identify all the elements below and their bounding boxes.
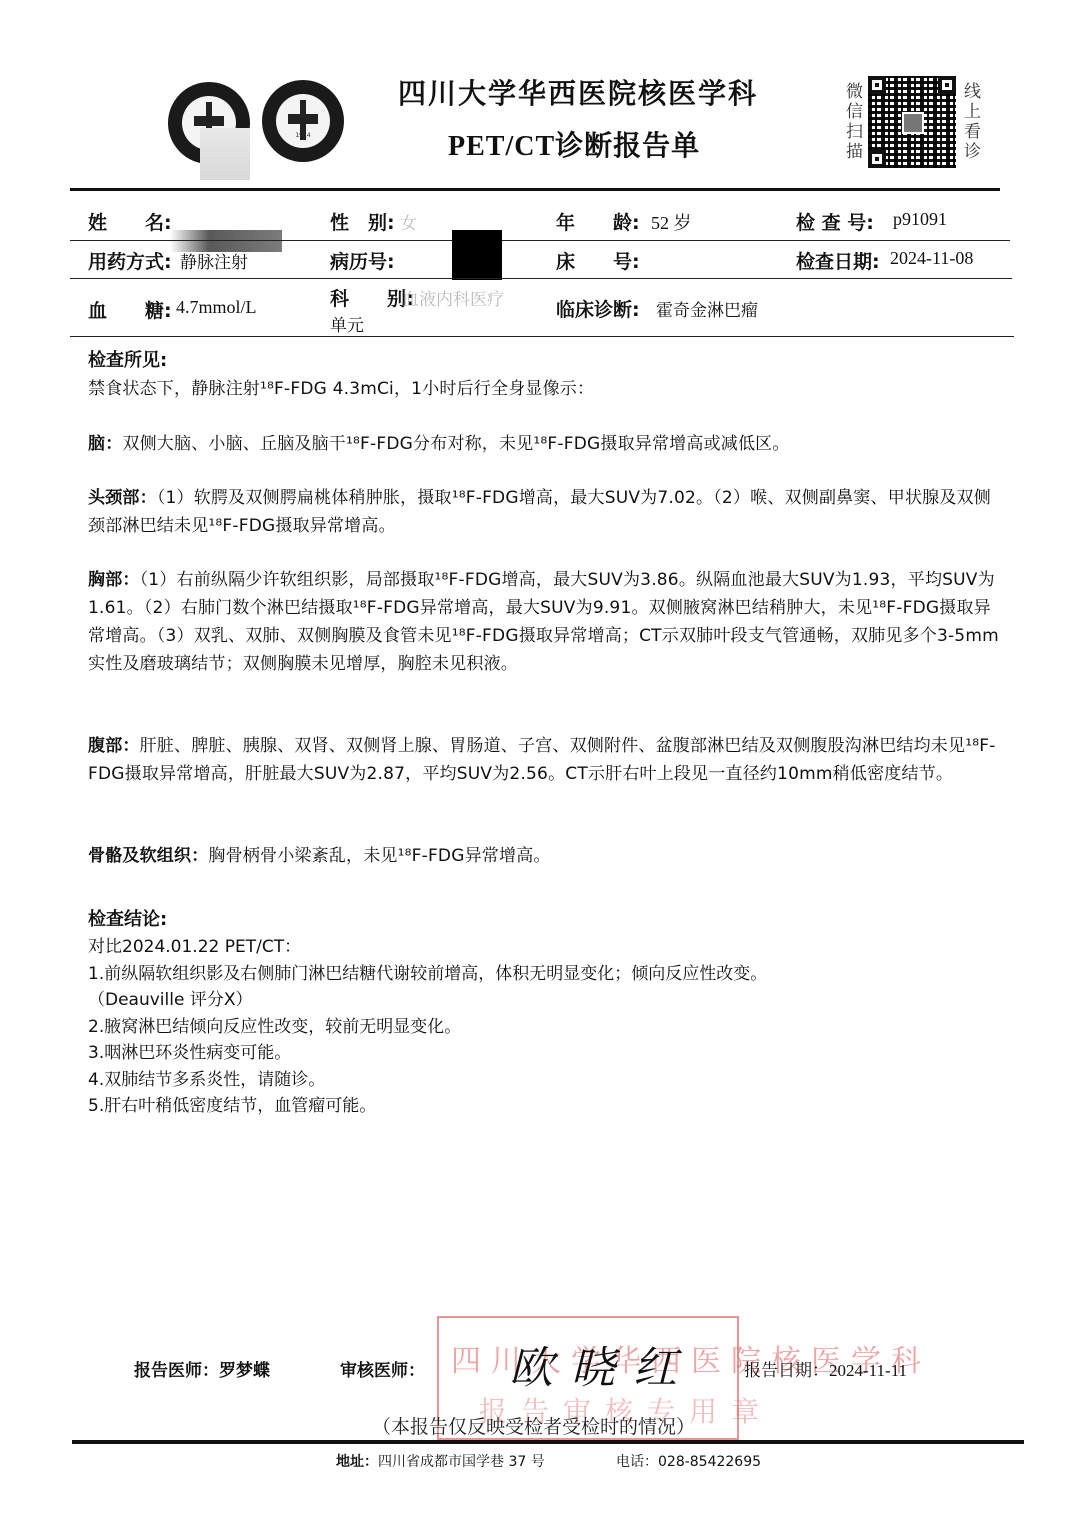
reviewer-handwritten-signature: 欧晓红 <box>509 1332 695 1396</box>
redaction-patch <box>200 128 250 180</box>
bed-label: 床 号: <box>556 247 640 274</box>
name-label: 姓 名: <box>88 208 172 235</box>
report-date-value: 2024-11-11 <box>829 1361 907 1380</box>
glucose-value: 4.7mmol/L <box>176 297 257 318</box>
finding-label: 胸部： <box>88 570 140 590</box>
report-title: PET/CT诊断报告单 <box>448 124 700 164</box>
conclusion-line: 2.腋窝淋巴结倾向反应性改变，较前无明显变化。 <box>88 1014 1008 1041</box>
department-value: 血液内科医疗 <box>402 285 504 310</box>
finding-label: 头颈部： <box>88 488 157 508</box>
age-value: 52 岁 <box>651 209 692 235</box>
finding-chest: 胸部：（1）右前纵隔少许软组织影，局部摄取¹⁸F-FDG增高，最大SUV为3.8… <box>88 566 1008 678</box>
footer-address: 地址：四川省成都市国学巷 37 号 <box>336 1451 545 1471</box>
finding-brain: 脑：双侧大脑、小脑、丘脑及脑干¹⁸F-FDG分布对称，未见¹⁸F-FDG摄取异常… <box>88 430 1008 458</box>
exam-no-value: p91091 <box>893 209 947 230</box>
address-label: 地址： <box>336 1454 378 1470</box>
row-divider <box>70 278 1012 279</box>
finding-bone-soft-tissue: 骨骼及软组织：胸骨柄骨小梁紊乱，未见¹⁸F-FDG异常增高。 <box>88 842 1008 870</box>
qr-left-caption: 微信扫描 <box>846 82 866 162</box>
conclusion-line: 1.前纵隔软组织影及右侧肺门淋巴结糖代谢较前增高，体积无明显变化；倾向反应性改变… <box>88 961 1008 988</box>
finding-text: 肝脏、脾脏、胰腺、双肾、双侧肾上腺、胃肠道、子宫、双侧附件、盆腹部淋巴结及双侧腹… <box>88 736 996 784</box>
qr-right-caption: 线上看诊 <box>964 82 984 162</box>
footer-divider <box>72 1440 1024 1444</box>
age-label: 年 龄: <box>556 208 640 235</box>
reviewer-label: 审核医师： <box>340 1356 425 1381</box>
qr-code-icon[interactable] <box>868 76 956 168</box>
conclusion-line: 4.双肺结节多系炎性，请随诊。 <box>88 1067 1008 1094</box>
finding-label: 脑： <box>88 434 122 454</box>
report-date-label: 报告日期： <box>744 1361 829 1381</box>
footer-phone: 电话：028-85422695 <box>616 1451 761 1471</box>
phone-label: 电话： <box>616 1454 658 1470</box>
header-divider <box>70 188 1000 191</box>
hospital-title: 四川大学华西医院核医学科 <box>398 72 758 112</box>
conclusion-title: 检查结论: <box>88 905 167 931</box>
conclusion-line: 3.咽淋巴环炎性病变可能。 <box>88 1040 1008 1067</box>
record-no-label: 病历号: <box>330 247 395 274</box>
clinical-diagnosis-label: 临床诊断: <box>556 295 640 322</box>
report-doctor-name: 罗梦蝶 <box>219 1361 270 1381</box>
address-value: 四川省成都市国学巷 37 号 <box>378 1454 545 1470</box>
row-divider <box>70 336 1014 337</box>
row-divider <box>70 240 1010 241</box>
exam-no-label: 检 查 号: <box>796 208 874 235</box>
finding-abdomen: 腹部：肝脏、脾脏、胰腺、双肾、双侧肾上腺、胃肠道、子宫、双侧附件、盆腹部淋巴结及… <box>88 732 1008 788</box>
exam-date-label: 检查日期: <box>796 247 880 274</box>
finding-label: 骨骼及软组织： <box>88 846 208 866</box>
sex-value: 女 <box>400 209 417 234</box>
clinical-diagnosis-value: 霍奇金淋巴瘤 <box>656 296 758 321</box>
conclusion-line: （Deauville 评分X） <box>88 987 1008 1014</box>
finding-text: 胸骨柄骨小梁紊乱，未见¹⁸F-FDG异常增高。 <box>208 846 550 866</box>
finding-label: 腹部： <box>88 736 140 756</box>
findings-title: 检查所见: <box>88 346 167 372</box>
administration-value: 静脉注射 <box>180 248 248 273</box>
finding-text: （1）右前纵隔少许软组织影，局部摄取¹⁸F-FDG增高，最大SUV为3.86。纵… <box>88 570 999 674</box>
disclaimer-text: （本报告仅反映受检者受检时的情况） <box>372 1412 695 1439</box>
findings-intro: 禁食状态下，静脉注射¹⁸F-FDG 4.3mCi，1小时后行全身显像示： <box>88 375 1008 403</box>
exam-date-value: 2024-11-08 <box>890 248 973 269</box>
conclusion-list: 对比2024.01.22 PET/CT： 1.前纵隔软组织影及右侧肺门淋巴结糖代… <box>88 934 1008 1120</box>
finding-text: 双侧大脑、小脑、丘脑及脑干¹⁸F-FDG分布对称，未见¹⁸F-FDG摄取异常增高… <box>122 434 789 454</box>
finding-head-neck: 头颈部：（1）软腭及双侧腭扁桃体稍肿胀，摄取¹⁸F-FDG增高，最大SUV为7.… <box>88 484 1008 540</box>
sex-label: 性 别: <box>330 208 395 235</box>
finding-text: （1）软腭及双侧腭扁桃体稍肿胀，摄取¹⁸F-FDG增高，最大SUV为7.02。（… <box>88 488 991 536</box>
report-date: 报告日期：2024-11-11 <box>744 1356 907 1381</box>
hospital-emblem-right-icon: 1914 <box>262 80 344 162</box>
phone-value: 028-85422695 <box>658 1454 761 1470</box>
glucose-label: 血 糖: <box>88 296 172 323</box>
conclusion-line: 5.肝右叶稍低密度结节，血管瘤可能。 <box>88 1093 1008 1120</box>
administration-label: 用药方式: <box>88 247 172 274</box>
reviewer-label-text: 审核医师： <box>340 1361 425 1381</box>
record-no-redaction <box>452 230 502 280</box>
conclusion-line: 对比2024.01.22 PET/CT： <box>88 934 1008 961</box>
department-value-cont: 单元 <box>330 311 364 336</box>
report-doctor: 报告医师：罗梦蝶 <box>134 1356 270 1381</box>
report-doctor-label: 报告医师： <box>134 1361 219 1381</box>
